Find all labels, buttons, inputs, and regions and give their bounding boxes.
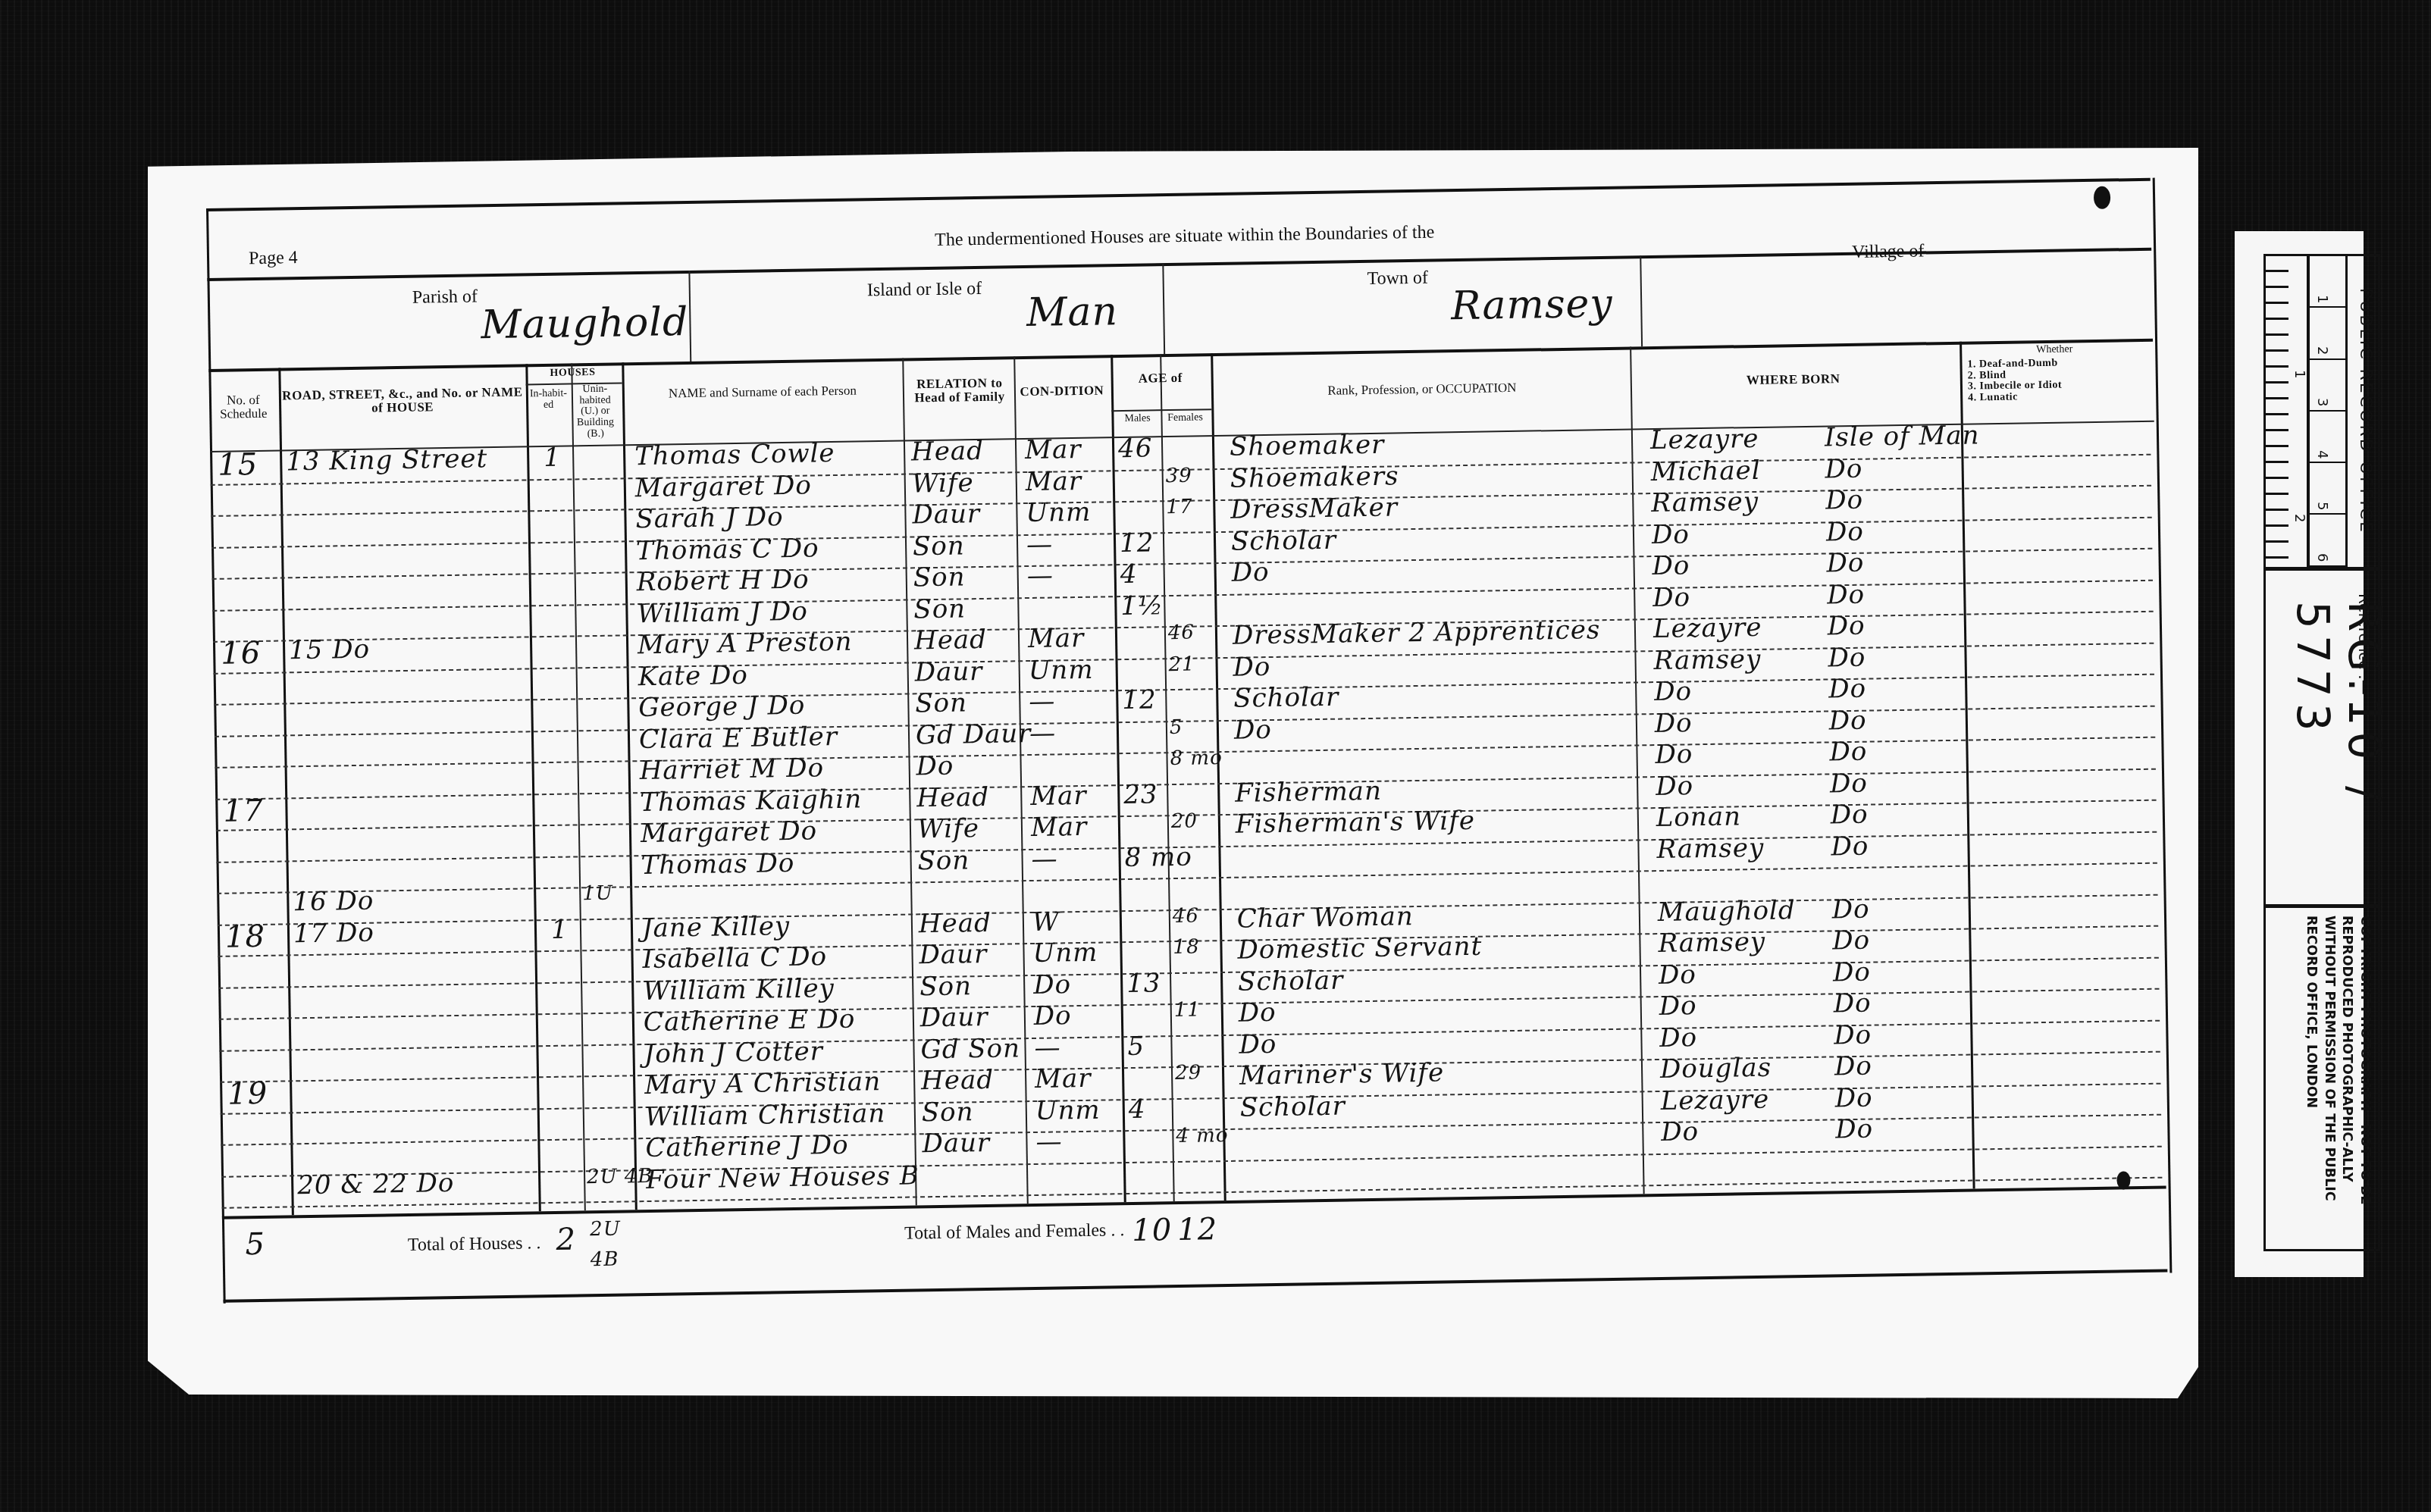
birth-country: Do [1825,453,1862,484]
person-name: Thomas Do [641,847,794,880]
town-label: Town of [1367,269,1428,289]
birth-country: Do [1834,1019,1872,1050]
ruler-cm-scale: 123456 [2307,256,2348,567]
birth-country: Do [1828,642,1866,673]
person-name: Thomas C Do [636,533,819,566]
birthplace: Do [1659,1022,1697,1053]
person-name: Catherine J Do [645,1130,849,1163]
col-uninhabited: Unin-habited (U.) or Building (B.) [572,383,619,440]
birthplace: Ramsey [1651,487,1759,518]
male-age: 8 mo [1124,841,1192,872]
ruler-cm-cell: 3 [2310,360,2348,412]
female-age: 17 [1166,496,1193,519]
relation-to-head: Son [913,562,965,593]
col-houses: HOUSES [527,367,618,380]
person-name: Catherine E Do [644,1004,856,1038]
birth-country: Do [1826,516,1864,547]
relation-to-head: Daur [919,939,987,970]
marital-condition: Mar [1030,780,1087,811]
occupation: Domestic Servant [1237,931,1482,966]
male-age: 46 [1118,433,1153,464]
female-age: 21 [1168,653,1195,676]
birthplace: Do [1659,959,1696,991]
birth-country: Do [1833,956,1871,988]
schedule-number: 19 [227,1076,268,1112]
road-address: 16 Do [293,886,374,918]
occupation: Do [1239,1028,1277,1060]
relation-to-head: Head [916,781,989,813]
relation-to-head: Gd Daur [916,718,1032,750]
person-name: Kate Do [638,659,748,691]
schedule-number: 17 [223,793,264,828]
female-age: 29 [1175,1062,1202,1085]
col-inhabited: In-habit-ed [528,389,569,412]
marital-condition: Unm [1035,1094,1101,1125]
marital-condition: Unm [1028,654,1093,685]
birth-country: Do [1832,925,1870,956]
col-schedule: No. of Schedule [209,393,278,421]
birthplace: Lezayre [1650,424,1759,455]
relation-to-head: Head [914,625,987,656]
relation-to-head: Son [913,593,966,625]
marital-condition: Do [1033,969,1071,1000]
male-age: 5 [1127,1031,1145,1061]
person-name: Mary A Preston [638,627,853,660]
measurement-ruler: PUBLIC RECORD OFFICE 123456 1 2 [2263,254,2380,569]
total-males: 10 [1132,1213,1173,1248]
male-age: 4 [1129,1094,1146,1124]
birthplace: Do [1652,550,1690,581]
relation-to-head: Do [916,751,954,782]
female-age: 5 [1170,715,1183,738]
copyright-notice: COPYRIGHT PHOTOGRAPH—NOT TO BE REPRODUCE… [2302,916,2374,1238]
inhabited-count: 1 [544,443,561,473]
birthplace: Ramsey [1656,832,1764,864]
marital-condition: — [1029,686,1056,717]
male-age: 23 [1123,779,1158,810]
birth-country: Do [1829,705,1867,736]
person-name: William Christian [645,1098,886,1132]
female-age: 18 [1173,936,1200,959]
female-age: 46 [1168,621,1195,645]
birth-country: Do [1831,831,1869,862]
relation-to-head: Head [921,1065,994,1097]
male-age: 4 [1120,559,1137,590]
punch-hole [2094,186,2110,209]
birth-country: Do [1827,579,1865,610]
female-age: 11 [1174,999,1201,1022]
marital-condition: — [1029,718,1057,749]
parish-value: Maughold [481,299,689,348]
office-title: PUBLIC RECORD OFFICE [2345,256,2375,567]
birth-country: Do [1834,1082,1872,1113]
ruler-inch-1: 1 [2292,370,2307,378]
occupation: Fisherman's Wife [1236,806,1476,840]
relation-to-head: Daur [914,656,982,687]
reference-value: RG.10 / 5773 [2287,601,2390,904]
birth-country: Do [1834,1051,1872,1082]
col-road: ROAD, STREET, &c., and No. or NAME of HO… [281,385,525,416]
ruler-inch-2: 2 [2292,514,2307,522]
marital-condition: — [1026,561,1054,592]
occupation: Do [1239,997,1277,1028]
marital-condition: — [1035,1126,1063,1157]
birth-country: Do [1831,894,1869,925]
ruler-cm-cell: 5 [2310,463,2348,515]
col-infirmity-options: 1. Deaf-and-Dumb2. Blind3. Imbecile or I… [1967,357,2150,405]
total-building: 4B [591,1248,619,1272]
male-age: 13 [1126,968,1161,999]
copyright-box: COPYRIGHT PHOTOGRAPH—NOT TO BE REPRODUCE… [2263,906,2380,1251]
relation-to-head: Daur [922,1128,990,1159]
female-age: 46 [1173,904,1200,928]
town-value: Ramsey [1451,281,1613,329]
ruler-cm-label: 2 [2314,346,2330,355]
relation-to-head: Son [922,1097,974,1128]
male-age: 12 [1122,684,1157,715]
person-name: George J Do [638,690,805,723]
archive-label: PUBLIC RECORD OFFICE 123456 1 2 Referenc… [2235,231,2364,1277]
occupation: Scholar [1239,1091,1346,1122]
birthplace: Lezayre [1653,612,1762,644]
marital-condition: Mar [1031,812,1088,843]
birthplace: Lezayre [1660,1084,1769,1116]
marital-condition: Mar [1025,465,1082,496]
occupation: Mariner's Wife [1239,1057,1445,1091]
birth-country: Do [1835,1114,1873,1145]
person-name: Clara E Butler [639,722,838,755]
island-label: Island or Isle of [867,280,982,301]
marital-condition: Mar [1035,1063,1092,1094]
ruler-cm-label: 4 [2314,450,2330,459]
marital-condition: Unm [1032,938,1098,969]
birth-country: Do [1828,674,1866,705]
person-name: William Killey [643,973,835,1006]
road-address: 17 Do [293,917,374,949]
col-relation: RELATION to Head of Family [907,376,1013,405]
marital-condition: W [1032,906,1060,938]
female-age: 4 mo [1176,1124,1229,1147]
relation-to-head: Gd Son [920,1033,1020,1065]
ruler-cm-label: 6 [2314,553,2330,562]
relation-to-head: Daur [912,499,980,530]
col-condition: CON-DITION [1017,383,1107,399]
birthplace: Do [1659,991,1696,1022]
ruler-cm-label: 1 [2314,295,2330,303]
birth-country: Do [1831,800,1869,831]
female-age: 39 [1165,464,1192,487]
relation-to-head: Son [913,531,965,562]
birth-country: Do [1830,768,1868,799]
col-females: Females [1162,412,1208,424]
birthplace: Do [1653,582,1690,613]
marital-condition: — [1031,844,1058,875]
marital-condition: Mar [1025,434,1082,465]
birth-country: Do [1826,548,1864,579]
uninhabited-count: 2U 4B [587,1164,653,1188]
census-form: Page 4 The undermentioned Houses are sit… [206,178,2167,1304]
punch-hole [2116,1171,2130,1189]
total-uninhabited: 2U [590,1218,621,1241]
relation-to-head: Daur [920,1002,988,1033]
marital-condition: — [1034,1032,1061,1063]
road-address: 13 King Street [286,443,488,477]
female-age: 20 [1171,810,1198,834]
person-name: Thomas Kaighin [640,784,862,818]
male-age: 12 [1120,527,1154,559]
person-name: Mary A Christian [644,1066,881,1100]
relation-to-head: Son [919,971,972,1002]
occupation: DressMaker 2 Apprentices [1233,615,1601,651]
marital-condition: Mar [1028,623,1085,654]
page-label: Page 4 [249,249,298,268]
birthplace: Do [1655,739,1693,770]
marital-condition: Do [1034,1000,1072,1031]
ruler-cm-cell: 4 [2310,412,2348,463]
birthplace: Douglas [1660,1053,1772,1085]
uninhabited-count: 1U [582,882,613,906]
relation-to-head: Wife [912,468,975,499]
occupation: DressMaker [1230,492,1398,524]
total-inhabited: 2 [556,1222,576,1257]
occupation: Do [1233,652,1270,683]
occupation: Shoemaker [1230,430,1385,462]
person-name: John J Cotter [644,1036,823,1069]
person-name: Four New Houses B [646,1160,919,1195]
inhabited-count: 1 [551,914,569,944]
birth-country: Isle of Man [1825,420,1980,452]
occupation: Do [1231,557,1269,588]
birthplace: Lonan [1656,801,1742,833]
relation-to-head: Son [917,845,970,876]
occupation: Scholar [1238,965,1344,997]
female-age: 8 mo [1170,747,1223,770]
person-name: Thomas Cowle [634,438,835,471]
col-age: AGE of [1115,371,1206,386]
birthplace: Do [1661,1116,1699,1147]
occupation: Shoemakers [1230,461,1399,493]
person-name: Margaret Do [641,815,818,849]
birth-country: Do [1828,611,1866,642]
parish-label: Parish of [412,287,478,308]
person-name: Margaret Do [635,470,813,503]
ruler-cm-label: 5 [2314,502,2330,510]
person-name: Sarah J Do [635,502,784,534]
person-name: Isabella C Do [642,941,827,975]
person-name: Harriet M Do [639,753,824,786]
island-value: Man [1026,289,1119,336]
relation-to-head: Head [919,907,992,939]
schedule-number: 16 [221,636,262,671]
birthplace: Maughold [1658,895,1796,928]
ruler-cm-cell: 1 [2310,256,2348,308]
birthplace: Do [1654,676,1692,707]
birthplace: Do [1652,519,1690,550]
person-name: William J Do [637,596,808,629]
road-address: 20 & 22 Do [297,1168,455,1201]
total-females: 12 [1177,1212,1218,1247]
birth-country: Do [1829,737,1867,768]
occupation: Fisherman [1235,775,1382,808]
male-age: 1½ [1120,590,1164,621]
occupation: Scholar [1233,682,1339,714]
person-name: Jane Killey [642,911,791,944]
occupation: Do [1234,715,1272,746]
schedule-number: 15 [218,447,258,483]
marital-condition: — [1026,529,1054,560]
occupation: Scholar [1231,524,1337,556]
birth-country: Do [1825,485,1863,516]
person-name: Robert H Do [637,565,810,598]
ruler-cm-cell: 2 [2310,308,2348,359]
road-address: 15 Do [289,634,370,666]
relation-to-head: Head [911,436,984,468]
reference-box: Reference :— RG.10 / 5773 [2263,568,2380,906]
relation-to-head: Son [915,687,967,718]
marital-condition: Unm [1026,497,1091,528]
birthplace: Do [1656,771,1693,802]
col-males: Males [1115,413,1159,425]
birth-country: Do [1833,988,1871,1019]
ruler-cm-label: 3 [2314,398,2330,406]
total-houses-label: Total of Houses . . [359,1234,540,1256]
birthplace: Ramsey [1658,927,1765,959]
birthplace: Michael [1650,455,1761,487]
birthplace: Do [1655,708,1693,739]
total-schedules: 5 [245,1227,265,1262]
relation-to-head: Wife [917,813,980,844]
ruler-cm-cell: 6 [2310,515,2348,566]
occupation: Char Woman [1237,901,1414,934]
birthplace: Ramsey [1653,643,1761,675]
schedule-number: 18 [225,919,266,954]
village-label: Village of [1852,242,1925,262]
